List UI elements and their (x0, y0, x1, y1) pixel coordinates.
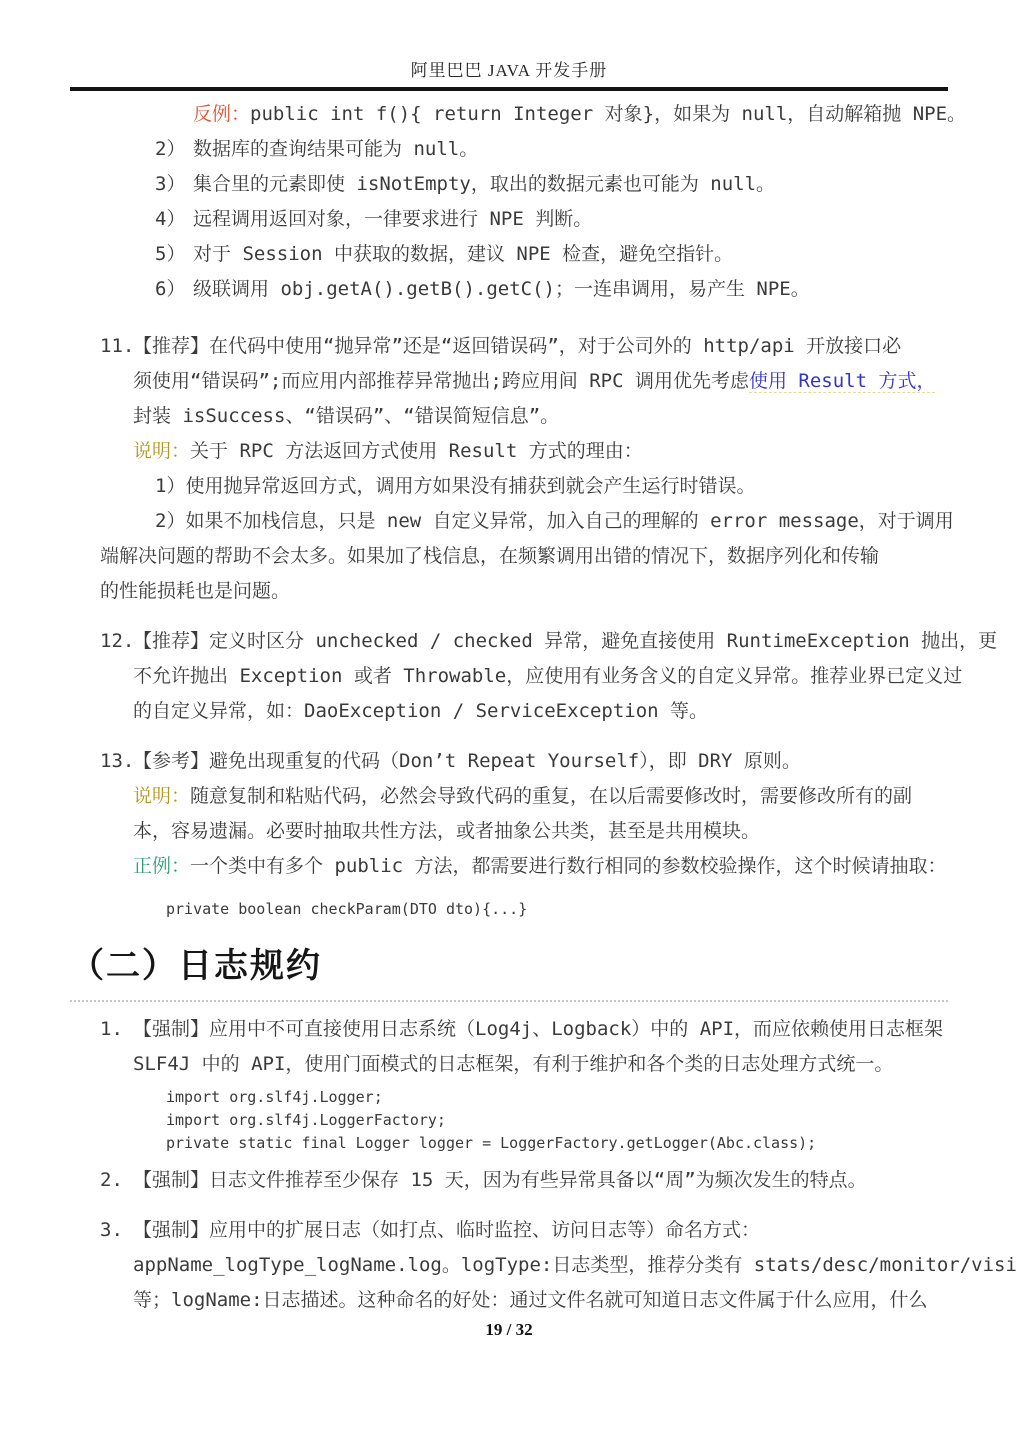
rule-item-text: 【强制】应用中不可直接使用日志系统（Log4j、Logback）中的 API，而… (133, 1018, 943, 1040)
reason-text: 端解决问题的帮助不会太多。如果加了栈信息，在频繁调用出错的情况下，数据序列化和传… (100, 545, 879, 567)
rule-item-number: 3. (100, 1213, 133, 1248)
list-item-number: 2） (155, 132, 193, 167)
list-item-text: 集合里的元素即使 isNotEmpty，取出的数据元素也可能为 null。 (193, 173, 775, 195)
reason-line: 端解决问题的帮助不会太多。如果加了栈信息，在频繁调用出错的情况下，数据序列化和传… (100, 539, 948, 574)
npe-block: 反例：public int f(){ return Integer 对象}，如果… (100, 97, 948, 307)
rule-item-line: SLF4J 中的 API，使用门面模式的日志框架，有利于维护和各个类的日志处理方… (100, 1047, 948, 1082)
list-item-text: 级联调用 obj.getA().getB().getC()；一连串调用，易产生 … (193, 278, 810, 300)
example-text: 一个类中有多个 public 方法，都需要进行数行相同的参数校验操作，这个时候请… (190, 855, 947, 877)
note-line: 说明：关于 RPC 方法返回方式使用 Result 方式的理由： (100, 434, 948, 469)
rule-item-line: 等；logName:日志描述。这种命名的好处：通过文件名就可知道日志文件属于什么… (100, 1283, 948, 1318)
rule-item-text: 的自定义异常，如：DaoException / ServiceException… (133, 700, 708, 722)
rule-item-line: 的自定义异常，如：DaoException / ServiceException… (100, 694, 948, 729)
reason-line: 的性能损耗也是问题。 (100, 574, 948, 609)
note-line: 本，容易遗漏。必要时抽取共性方法，或者抽象公共类，甚至是共用模块。 (100, 814, 948, 849)
result-style-link[interactable]: 使用 Result 方式， (749, 370, 936, 393)
section-heading: （二）日志规约 (70, 944, 948, 988)
rule-item-line: 不允许抛出 Exception 或者 Throwable，应使用有业务含义的自定… (100, 659, 948, 694)
rule-item-text: 【推荐】定义时区分 unchecked / checked 异常，避免直接使用 … (133, 630, 997, 652)
rule-item-text: 封装 isSuccess、“错误码”、“错误简短信息”。 (133, 405, 559, 427)
rule-item-text: 等；logName:日志描述。这种命名的好处：通过文件名就可知道日志文件属于什么… (133, 1289, 928, 1311)
rule-item-number: 1. (100, 1012, 133, 1047)
rule-item-text: appName_logType_logName.log。logType:日志类型… (133, 1254, 1018, 1276)
rule-item-13: 13.【参考】避免出现重复的代码（Don’t Repeat Yourself），… (100, 744, 948, 924)
list-item: 2）数据库的查询结果可能为 null。 (100, 132, 948, 167)
example-label: 正例： (133, 855, 190, 877)
document-page: 阿里巴巴 JAVA 开发手册 反例：public int f(){ return… (0, 0, 1018, 1318)
counterexample-line: 反例：public int f(){ return Integer 对象}，如果… (100, 97, 948, 132)
counterexample-label: 反例： (193, 103, 250, 125)
rule-item-text: 不允许抛出 Exception 或者 Throwable，应使用有业务含义的自定… (133, 665, 962, 687)
rule-item-line: 2.【强制】日志文件推荐至少保存 15 天，因为有些异常具备以“周”为频次发生的… (100, 1163, 948, 1198)
list-item-text: 远程调用返回对象，一律要求进行 NPE 判断。 (193, 208, 592, 230)
list-item: 6）级联调用 obj.getA().getB().getC()；一连串调用，易产… (100, 272, 948, 307)
code-snippet: private boolean checkParam(DTO dto){...} (100, 894, 948, 924)
log-rule-item-2: 2.【强制】日志文件推荐至少保存 15 天，因为有些异常具备以“周”为频次发生的… (100, 1163, 948, 1198)
reason-text: 2）如果不加栈信息，只是 new 自定义异常，加入自己的理解的 error me… (155, 510, 954, 532)
rule-item-line: 1.【强制】应用中不可直接使用日志系统（Log4j、Logback）中的 API… (100, 1012, 948, 1047)
list-item-number: 3） (155, 167, 193, 202)
rule-item-text: 【强制】日志文件推荐至少保存 15 天，因为有些异常具备以“周”为频次发生的特点… (133, 1169, 867, 1191)
list-item-text: 对于 Session 中获取的数据，建议 NPE 检查，避免空指针。 (193, 243, 733, 265)
list-item-text: 数据库的查询结果可能为 null。 (193, 138, 478, 160)
list-item-number: 5） (155, 237, 193, 272)
rule-item-text: 【推荐】在代码中使用“抛异常”还是“返回错误码”，对于公司外的 http/api… (133, 335, 901, 357)
header-title: 阿里巴巴 JAVA 开发手册 (0, 56, 1018, 81)
log-rule-item-3: 3.【强制】应用中的扩展日志（如打点、临时监控、访问日志等）命名方式： appN… (100, 1213, 948, 1318)
list-item: 4）远程调用返回对象，一律要求进行 NPE 判断。 (100, 202, 948, 237)
rule-item-text: SLF4J 中的 API，使用门面模式的日志框架，有利于维护和各个类的日志处理方… (133, 1053, 893, 1075)
counterexample-text: public int f(){ return Integer 对象}，如果为 n… (250, 103, 966, 125)
rule-item-line: 13.【参考】避免出现重复的代码（Don’t Repeat Yourself），… (100, 744, 948, 779)
note-text: 本，容易遗漏。必要时抽取共性方法，或者抽象公共类，甚至是共用模块。 (133, 820, 760, 842)
note-text: 随意复制和粘贴代码，必然会导致代码的重复，在以后需要修改时，需要修改所有的副 (190, 785, 912, 807)
reason-line: 1）使用抛异常返回方式，调用方如果没有捕获到就会产生运行时错误。 (100, 469, 948, 504)
reason-text: 的性能损耗也是问题。 (100, 580, 290, 602)
note-text: 关于 RPC 方法返回方式使用 Result 方式的理由： (190, 440, 643, 462)
rule-item-number: 2. (100, 1163, 133, 1198)
rule-item-line: 封装 isSuccess、“错误码”、“错误简短信息”。 (100, 399, 948, 434)
rule-item-line: 须使用“错误码”;而应用内部推荐异常抛出;跨应用间 RPC 调用优先考虑使用 R… (100, 364, 948, 399)
section-divider (70, 1000, 948, 1002)
note-label: 说明： (133, 440, 190, 462)
rule-item-11: 11.【推荐】在代码中使用“抛异常”还是“返回错误码”，对于公司外的 http/… (100, 329, 948, 609)
log-rule-item-1: 1.【强制】应用中不可直接使用日志系统（Log4j、Logback）中的 API… (100, 1012, 948, 1155)
rule-item-number: 11. (100, 329, 133, 364)
note-line: 说明：随意复制和粘贴代码，必然会导致代码的重复，在以后需要修改时，需要修改所有的… (100, 779, 948, 814)
page-header: 阿里巴巴 JAVA 开发手册 (0, 0, 1018, 91)
list-item-number: 6） (155, 272, 193, 307)
rule-item-line: 11.【推荐】在代码中使用“抛异常”还是“返回错误码”，对于公司外的 http/… (100, 329, 948, 364)
log-section-content: 1.【强制】应用中不可直接使用日志系统（Log4j、Logback）中的 API… (0, 1006, 1018, 1318)
rule-item-text: 须使用“错误码”;而应用内部推荐异常抛出;跨应用间 RPC 调用优先考虑 (133, 370, 749, 392)
code-snippet: import org.slf4j.Logger; (100, 1086, 948, 1109)
code-snippet: import org.slf4j.LoggerFactory; (100, 1109, 948, 1132)
example-line: 正例：一个类中有多个 public 方法，都需要进行数行相同的参数校验操作，这个… (100, 849, 948, 884)
rule-item-number: 13. (100, 744, 133, 779)
page-content: 反例：public int f(){ return Integer 对象}，如果… (0, 91, 1018, 924)
code-block: import org.slf4j.Logger; import org.slf4… (100, 1086, 948, 1155)
rule-item-12: 12.【推荐】定义时区分 unchecked / checked 异常，避免直接… (100, 624, 948, 729)
rule-item-line: appName_logType_logName.log。logType:日志类型… (100, 1248, 948, 1283)
page-number-indicator: 19 / 32 (0, 1320, 1018, 1340)
code-snippet: private static final Logger logger = Log… (100, 1132, 948, 1155)
rule-item-text: 【参考】避免出现重复的代码（Don’t Repeat Yourself），即 D… (133, 750, 801, 772)
list-item: 3）集合里的元素即使 isNotEmpty，取出的数据元素也可能为 null。 (100, 167, 948, 202)
list-item-number: 4） (155, 202, 193, 237)
rule-item-number: 12. (100, 624, 133, 659)
rule-item-line: 3.【强制】应用中的扩展日志（如打点、临时监控、访问日志等）命名方式： (100, 1213, 948, 1248)
rule-item-text: 【强制】应用中的扩展日志（如打点、临时监控、访问日志等）命名方式： (133, 1219, 760, 1241)
rule-item-line: 12.【推荐】定义时区分 unchecked / checked 异常，避免直接… (100, 624, 948, 659)
list-item: 5）对于 Session 中获取的数据，建议 NPE 检查，避免空指针。 (100, 237, 948, 272)
reason-text: 1）使用抛异常返回方式，调用方如果没有捕获到就会产生运行时错误。 (155, 475, 755, 497)
reason-line: 2）如果不加栈信息，只是 new 自定义异常，加入自己的理解的 error me… (100, 504, 948, 539)
note-label: 说明： (133, 785, 190, 807)
